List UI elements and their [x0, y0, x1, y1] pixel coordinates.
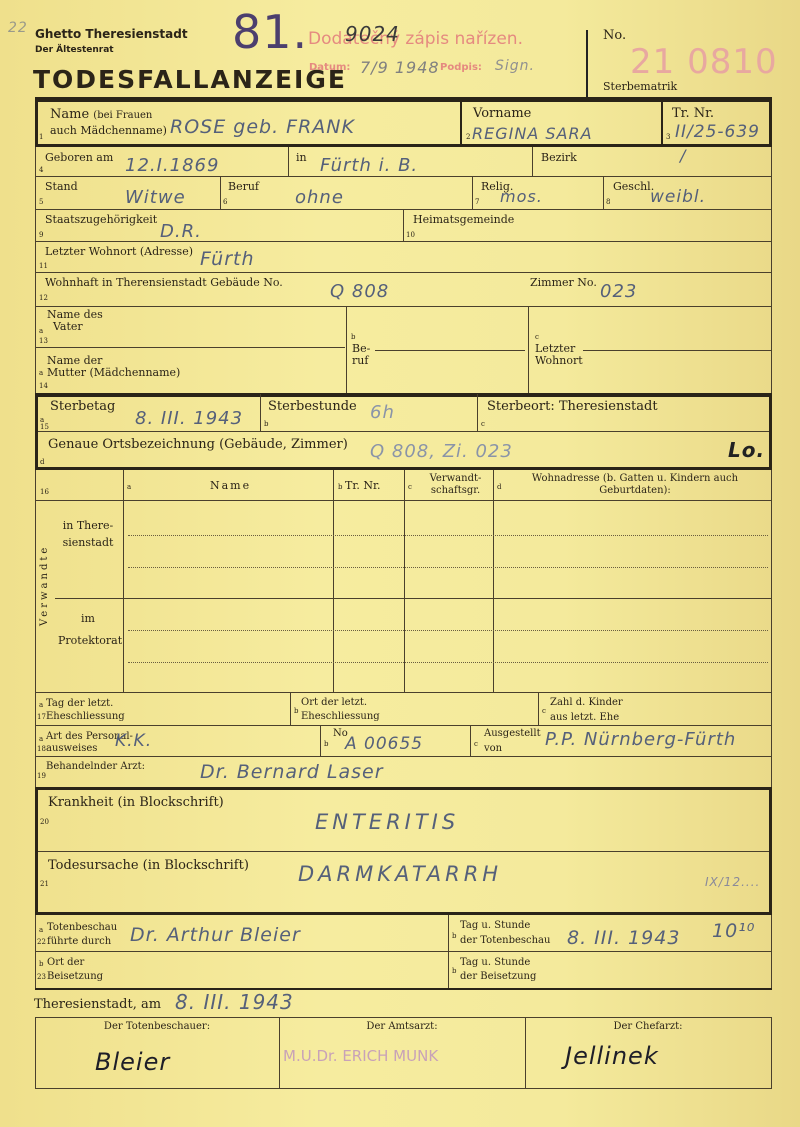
col-name: Name	[210, 480, 251, 492]
divider	[123, 470, 124, 692]
divider	[661, 99, 663, 147]
ausweis-no-value: A 00655	[345, 734, 423, 754]
wohnhaft-value: Q 808	[330, 281, 389, 302]
field-sub: c	[474, 740, 478, 748]
signature-chefarzt: Jellinek	[565, 1042, 659, 1070]
divider	[35, 756, 772, 757]
field-number: 4	[39, 166, 43, 174]
field-sub: b	[324, 740, 328, 748]
wohnhaft-label: Wohnhaft in Therensienstadt Gebäude No.	[45, 277, 283, 289]
field-number: 6	[223, 198, 227, 206]
field-sub: a	[39, 735, 43, 743]
field-sub: d	[497, 483, 501, 491]
divider	[583, 350, 771, 351]
name-label-2: auch Mädchenname)	[50, 125, 167, 137]
dotted-line	[128, 535, 768, 536]
divider	[35, 272, 772, 273]
beisetzung-ort-label-2: Beisetzung	[47, 971, 103, 983]
field-number: 2	[466, 133, 470, 141]
stamp-sign-value: Sign.	[495, 58, 535, 74]
staatszugehoerigkeit-value: D.R.	[160, 221, 202, 242]
field-sub: a	[39, 327, 43, 335]
field-number: 14	[39, 382, 48, 390]
ausweis-value: K.K.	[115, 731, 152, 751]
todesursache-mark: IX/12....	[705, 875, 760, 889]
geboren-label: Geboren am	[45, 152, 113, 164]
sterbeort-label: Sterbeort: Theresienstadt	[487, 399, 658, 414]
divider	[35, 241, 772, 242]
geschl-value: weibl.	[650, 187, 706, 207]
totenbeschau-hour: 10¹⁰	[712, 920, 755, 942]
handwritten-number: 81.	[232, 5, 308, 59]
no-label: No.	[603, 28, 626, 43]
stamp-date-value: 7/9 1948	[360, 58, 440, 77]
dotted-line	[128, 567, 768, 568]
field-number: 15	[40, 423, 49, 431]
group-theresienstadt-1: in There-	[58, 520, 118, 532]
stamp-sign-label: Podpis:	[440, 62, 482, 73]
beruf-label: Beruf	[228, 181, 259, 193]
divider	[35, 306, 772, 307]
divider	[220, 176, 221, 209]
kinder-label-2: aus letzt. Ehe	[550, 712, 619, 724]
field-sub: b	[452, 932, 456, 940]
verwandte-side-label: Verwandte	[38, 525, 50, 645]
col-trnr: Tr. Nr.	[345, 480, 381, 492]
field-number: 7	[475, 198, 479, 206]
eltern-wohnort-label-2: Wohnort	[535, 355, 583, 367]
geboren-in-value: Fürth i. B.	[320, 155, 418, 176]
vater-label-2: Vater	[53, 321, 83, 333]
group-theresienstadt-2: sienstadt	[58, 537, 118, 549]
field-number: 16	[40, 488, 49, 496]
geschl-label: Geschl.	[613, 181, 654, 193]
stand-value: Witwe	[125, 187, 186, 208]
divider	[35, 988, 772, 990]
dotted-line	[128, 630, 768, 631]
beisetzung-zeit-label-2: der Beisetzung	[460, 971, 536, 983]
field-number: 17	[37, 713, 46, 721]
field-sub: a	[39, 701, 43, 709]
divider	[288, 147, 289, 176]
field-number: 18	[37, 745, 46, 753]
field-number: 12	[39, 294, 48, 302]
divider	[290, 692, 291, 725]
heimatsgemeinde-label: Heimatsgemeinde	[413, 214, 514, 226]
kinder-label: Zahl d. Kinder	[550, 697, 623, 709]
divider	[35, 347, 345, 348]
divider	[35, 176, 772, 177]
field-number: 20	[40, 818, 49, 826]
divider	[55, 500, 56, 692]
krankheit-value: ENTERITIS	[315, 810, 459, 834]
ausweis-label-2: ausweises	[46, 743, 97, 755]
divider	[771, 1017, 772, 1088]
field-number: 13	[39, 337, 48, 345]
divider	[477, 394, 478, 431]
field-number: 22	[37, 938, 46, 946]
field-sub: a	[39, 926, 43, 934]
divider	[460, 99, 462, 147]
ortsbezeichnung-mark: Lo.	[728, 438, 765, 462]
ausgestellt-value: P.P. Nürnberg-Fürth	[545, 729, 736, 750]
eltern-beruf-label-2: ruf	[352, 355, 368, 367]
field-number: 19	[37, 772, 46, 780]
arzt-label: Behandelnder Arzt:	[46, 761, 145, 773]
field-sub: c	[481, 420, 485, 428]
sterbematrik-label: Sterbematrik	[603, 80, 677, 93]
signature-totenbeschauer: Bleier	[95, 1048, 170, 1076]
field-number: 9	[39, 231, 43, 239]
totenbeschau-label-2: führte durch	[47, 936, 111, 948]
divider	[346, 306, 347, 393]
field-sub: a	[127, 483, 131, 491]
stand-label: Stand	[45, 181, 78, 193]
todesursache-label: Todesursache (in Blockschrift)	[48, 858, 249, 873]
field-number: 21	[40, 880, 49, 888]
signature-label-totenbeschauer: Der Totenbeschauer:	[35, 1021, 279, 1033]
letzter-wohnort-label: Letzter Wohnort (Adresse)	[45, 246, 193, 258]
ausgestellt-label: Ausgestellt	[484, 728, 541, 740]
krankheit-label: Krankheit (in Blockschrift)	[48, 795, 224, 810]
group-protektorat-1: im	[58, 613, 118, 625]
sterbetag-value: 8. III. 1943	[135, 408, 243, 429]
footer-date: 8. III. 1943	[175, 990, 294, 1014]
divider	[55, 598, 771, 599]
no-value: 21 0810	[630, 42, 778, 82]
vorname-label: Vorname	[473, 106, 531, 121]
footer-place-label: Theresienstadt, am	[34, 997, 161, 1012]
divider	[35, 951, 772, 952]
field-number: 5	[39, 198, 43, 206]
divider	[538, 692, 539, 725]
beisetzung-ort-label: Ort der	[47, 957, 84, 969]
ortsbezeichnung-value: Q 808, Zi. 023	[370, 441, 513, 462]
field-sub: c	[542, 707, 546, 715]
divider	[532, 147, 533, 176]
signature-label-chefarzt: Der Chefarzt:	[525, 1021, 771, 1033]
totenbeschau-label: Totenbeschau	[47, 922, 117, 934]
letzter-wohnort-value: Fürth	[200, 248, 255, 270]
divider	[333, 470, 334, 692]
form-title: TODESFALLANZEIGE	[33, 65, 347, 94]
zimmer-label: Zimmer No.	[530, 277, 597, 289]
divider	[35, 725, 772, 726]
sterbestunde-label: Sterbestunde	[268, 399, 357, 414]
stamp-number: 9024	[345, 22, 400, 46]
ort-eheschliessung-label: Ort der letzt.	[301, 697, 367, 709]
org-line-2: Der Ältestenrat	[35, 45, 114, 55]
divider	[38, 431, 769, 432]
todesursache-value: DARMKATARRH	[298, 862, 502, 886]
divider	[260, 394, 261, 431]
dotted-line	[128, 662, 768, 663]
divider	[470, 725, 471, 756]
sterbetag-label: Sterbetag	[50, 399, 115, 414]
bezirk-value: /	[680, 146, 686, 165]
totenbeschau-value: Dr. Arthur Bleier	[130, 924, 301, 946]
field-sub: d	[40, 458, 44, 466]
ort-eheschliessung-label-2: Eheschliessung	[301, 711, 380, 723]
col-wohnadresse: Wohnadresse (b. Gatten u. Kindern auch G…	[510, 473, 760, 497]
header-divider	[586, 30, 588, 98]
totenbeschau-zeit-label: Tag u. Stunde	[460, 920, 530, 932]
trnr-value: II/25-639	[675, 122, 760, 142]
field-number: 10	[406, 231, 415, 239]
signature-label-amtsarzt: Der Amtsarzt:	[279, 1021, 525, 1033]
divider	[35, 1088, 772, 1089]
stamp-amtsarzt: M.U.Dr. ERICH MUNK	[283, 1047, 438, 1065]
field-number: 8	[606, 198, 610, 206]
divider	[320, 725, 321, 756]
field-sub: b	[39, 960, 43, 968]
staatszugehoerigkeit-label: Staatszugehörigkeit	[45, 214, 157, 226]
field-sub: c	[535, 333, 539, 341]
divider	[35, 692, 772, 693]
divider	[404, 470, 405, 692]
stamp-date-label: Datum:	[309, 62, 350, 73]
totenbeschau-zeit-value: 8. III. 1943	[567, 927, 680, 949]
group-protektorat-2: Protektorat	[58, 635, 118, 647]
zimmer-value: 023	[600, 281, 637, 302]
field-sub: b	[264, 420, 268, 428]
field-sub: b	[452, 967, 456, 975]
field-number: 11	[39, 262, 48, 270]
divider	[375, 350, 525, 351]
tag-eheschliessung-label: Tag der letzt.	[46, 698, 113, 710]
divider	[472, 176, 473, 209]
divider	[35, 500, 772, 501]
bezirk-label: Bezirk	[541, 152, 577, 164]
ausgestellt-label-2: von	[484, 743, 502, 755]
field-sub: b	[338, 483, 342, 491]
org-line-1: Ghetto Theresienstadt	[35, 27, 188, 41]
relig-value: mos.	[500, 187, 543, 206]
field-sub: b	[351, 333, 355, 341]
divider	[603, 176, 604, 209]
mutter-label-2: Mutter (Mädchenname)	[47, 367, 180, 379]
divider	[448, 915, 449, 988]
field-number: 23	[37, 973, 46, 981]
beruf-value: ohne	[295, 187, 344, 208]
tag-eheschliessung-label-2: Eheschliessung	[46, 711, 125, 723]
divider	[35, 1017, 772, 1018]
field-sub: c	[408, 483, 412, 491]
name-label: Name (bei Frauen	[50, 107, 152, 122]
corner-pencil-number: 22	[8, 20, 28, 36]
vorname-value: REGINA SARA	[472, 124, 593, 143]
field-number: 1	[39, 133, 43, 141]
geboren-in-label: in	[296, 152, 307, 164]
field-number: 3	[666, 133, 670, 141]
ortsbezeichnung-label: Genaue Ortsbezeichnung (Gebäude, Zimmer)	[48, 437, 348, 452]
beisetzung-zeit-label: Tag u. Stunde	[460, 957, 530, 969]
divider	[38, 851, 769, 852]
divider	[403, 209, 404, 241]
geboren-value: 12.I.1869	[125, 155, 219, 176]
divider	[528, 306, 529, 393]
trnr-label: Tr. Nr.	[672, 106, 714, 121]
name-value: ROSE geb. FRANK	[170, 116, 355, 138]
field-sub: a	[39, 369, 43, 377]
totenbeschau-zeit-label-2: der Totenbeschau	[460, 935, 550, 947]
col-verwandtschaft: Verwandt-schaftsgr.	[418, 473, 493, 497]
divider	[493, 470, 494, 692]
arzt-value: Dr. Bernard Laser	[200, 761, 384, 783]
stamp-text: Dodatečný zápis nařízen.	[308, 29, 523, 49]
field-sub: b	[294, 707, 298, 715]
sterbestunde-value: 6h	[370, 402, 395, 423]
